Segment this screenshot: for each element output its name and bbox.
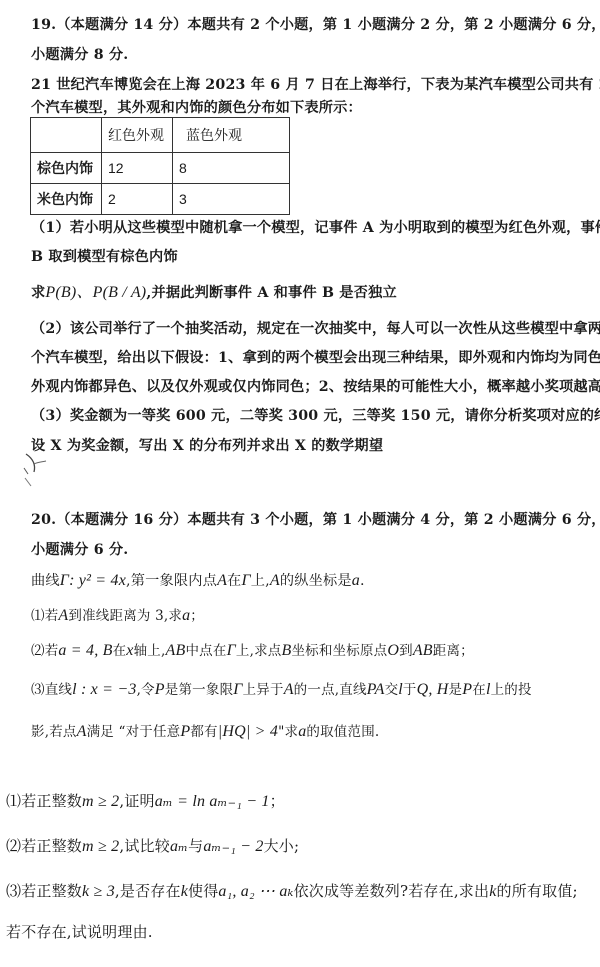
q19-part1-line1: （1）若小明从这些模型中随机拿一个模型，记事件 A 为小明取到的模型为红色外观，… xyxy=(31,219,600,237)
q20-intro: 曲线Γ: y² = 4x,第一象限内点A在Γ上,A的纵坐标是a. xyxy=(31,572,365,590)
table-row-label-beige-interior: 米色内饰 xyxy=(31,184,102,215)
q20-part1: ⑴若A到准线距离为 3,求a； xyxy=(31,607,204,625)
text: 的取值范围. xyxy=(306,724,379,740)
q19-part3-line1: （3）奖金额为一等奖 600 元，二等奖 300 元，三等奖 150 元，请你分… xyxy=(31,407,600,425)
math-expression: A xyxy=(58,607,68,624)
q21-part1: ⑴若正整数m ≥ 2,证明aₘ = ln aₘ₋₁ − 1； xyxy=(6,792,285,811)
text: ,令 xyxy=(137,682,155,698)
q21-part3-line2: 若不存在,试说明理由. xyxy=(6,923,153,941)
q19-header-line2: 小题满分 8 分. xyxy=(31,46,128,64)
q19-part1-line3: 求P(B)、P(B / A),并据此判断事件 A 和事件 B 是否独立 xyxy=(31,284,397,302)
text: 轴上, xyxy=(134,643,166,659)
text: ,试比较 xyxy=(119,837,170,855)
math-expression: m ≥ 2 xyxy=(82,838,119,855)
text: 的纵坐标是 xyxy=(280,573,352,589)
math-expression: A xyxy=(284,681,294,698)
text: 上的投 xyxy=(491,682,532,698)
q19-part3-line2: 设 X 为奖金额，写出 X 的分布列并求出 X 的数学期望 xyxy=(31,437,383,455)
math-expression: aₘ xyxy=(170,838,188,855)
text: 在 xyxy=(227,573,241,589)
math-expression: Γ xyxy=(233,681,242,698)
math-expression: k ≥ 3 xyxy=(82,883,115,900)
q20-header-line1: 20.（本题满分 16 分）本题共有 3 个小题，第 1 小题满分 4 分，第 … xyxy=(31,511,600,529)
text: 距离； xyxy=(433,643,474,659)
text: 在 xyxy=(472,682,486,698)
text: 是第一象限 xyxy=(165,682,234,698)
table-header-blue-exterior: 蓝色外观 xyxy=(173,118,290,153)
text: 的所有取值; xyxy=(497,882,578,900)
q21-part2: ⑵若正整数m ≥ 2,试比较aₘ与aₘ₋₁ − 2大小; xyxy=(6,837,299,856)
math-expression: a = 4, B xyxy=(58,642,112,659)
math-expression: P xyxy=(155,681,165,698)
pen-scribble-mark xyxy=(22,452,52,492)
text: 影,若点 xyxy=(31,724,77,740)
text: ⑴若 xyxy=(31,608,58,624)
text: ⑵若正整数 xyxy=(6,837,82,855)
text: 坐标和坐标原点 xyxy=(291,643,387,659)
text: 上, xyxy=(251,573,270,589)
text: 大小; xyxy=(264,837,300,855)
math-expression: PA xyxy=(367,681,385,698)
q20-part2: ⑵若a = 4, B在x轴上,AB中点在Γ上,求点B坐标和坐标原点O到AB距离； xyxy=(31,642,474,660)
q19-part2-line3: 外观内饰都异色、以及仅外观或仅内饰同色；2、按结果的可能性大小，概率越小奖项越高… xyxy=(31,378,600,396)
q20-part3-line1: ⑶直线l : x = −3,令P是第一象限Γ上异于A的一点,直线PA交l于Q, … xyxy=(31,681,532,699)
q19-part2-line2: 个汽车模型，给出以下假设：1、拿到的两个模型会出现三种结果，即外观和内饰均为同色… xyxy=(31,349,600,367)
math-expression: aₘ = ln aₘ₋₁ − 1 xyxy=(155,793,270,810)
text: ⑶若正整数 xyxy=(6,882,82,900)
table-row: 米色内饰 2 3 xyxy=(31,184,290,215)
text: ,第一象限内点 xyxy=(126,573,217,589)
text: 上异于 xyxy=(243,682,284,698)
text: 都有 xyxy=(190,724,217,740)
math-expression: Γ xyxy=(227,642,236,659)
math-expression: P xyxy=(180,723,190,740)
math-expression: O xyxy=(387,642,399,659)
math-expression: k xyxy=(181,883,188,900)
text: "求 xyxy=(278,724,298,740)
math-expression: a₁, a₂ ⋯ aₖ xyxy=(218,883,293,900)
math-expression: Γ: y² = 4x xyxy=(60,572,126,589)
math-expression: k xyxy=(489,883,496,900)
text: 交 xyxy=(385,682,399,698)
math-expression: m ≥ 2 xyxy=(82,793,119,810)
text: ⑶直线 xyxy=(31,682,72,698)
math-expression: AB xyxy=(413,642,433,659)
math-expression: |HQ| > 4 xyxy=(218,723,278,740)
table-cell: 2 xyxy=(102,184,173,215)
text: 中点在 xyxy=(185,643,226,659)
text: 是 xyxy=(449,682,463,698)
text: ,是否存在 xyxy=(115,882,181,900)
q20-header-line2: 小题满分 6 分. xyxy=(31,541,128,559)
text: ； xyxy=(270,792,285,810)
q19-header-line1: 19.（本题满分 14 分）本题共有 2 个小题，第 1 小题满分 2 分，第 … xyxy=(31,16,600,34)
text: 的一点,直线 xyxy=(294,682,367,698)
text: 于 xyxy=(403,682,417,698)
text: 使得 xyxy=(188,882,218,900)
text: ,并据此判断事件 A 和事件 B 是否独立 xyxy=(146,285,397,301)
q21-part3-line1: ⑶若正整数k ≥ 3,是否存在k使得a₁, a₂ ⋯ aₖ依次成等差数列?若存在… xyxy=(6,882,578,901)
text: 依次成等差数列?若存在,求出 xyxy=(294,882,490,900)
math-expression: Q, H xyxy=(417,681,449,698)
math-expression: x xyxy=(126,642,133,659)
math-expression: a xyxy=(352,572,360,589)
color-distribution-table: 红色外观 蓝色外观 棕色内饰 12 8 米色内饰 2 3 xyxy=(30,117,290,215)
math-expression: A xyxy=(77,723,87,740)
q19-part1-line2: B 取到模型有棕色内饰 xyxy=(31,248,178,266)
text: ,证明 xyxy=(119,792,154,810)
math-expression: A xyxy=(270,572,280,589)
math-expression: P(B)、P(B / A) xyxy=(45,284,146,301)
math-expression: aₘ₋₁ − 2 xyxy=(203,838,263,855)
math-expression: AB xyxy=(166,642,186,659)
q20-part3-line2: 影,若点A满足 “对于任意P都有|HQ| > 4"求a的取值范围. xyxy=(31,723,379,741)
table-header-row: 红色外观 蓝色外观 xyxy=(31,118,290,153)
table-cell: 8 xyxy=(173,153,290,184)
table-cell: 12 xyxy=(102,153,173,184)
text: ； xyxy=(190,608,204,624)
q19-part2-line1: （2）该公司举行了一个抽奖活动，规定在一次抽奖中，每人可以一次性从这些模型中拿两 xyxy=(31,320,600,338)
text: 在 xyxy=(113,643,127,659)
text: 曲线 xyxy=(31,573,60,589)
text: 满足 “对于任意 xyxy=(87,724,181,740)
table-row: 棕色内饰 12 8 xyxy=(31,153,290,184)
table-corner-cell xyxy=(31,118,102,153)
text: 到 xyxy=(399,643,413,659)
math-expression: A xyxy=(217,572,227,589)
text: . xyxy=(360,573,365,589)
text: 到准线距离为 3,求 xyxy=(68,608,182,624)
q19-intro-line2: 个汽车模型，其外观和内饰的颜色分布如下表所示： xyxy=(31,99,362,117)
text: 求 xyxy=(31,285,45,301)
table-cell: 3 xyxy=(173,184,290,215)
text: ⑵若 xyxy=(31,643,58,659)
table-header-red-exterior: 红色外观 xyxy=(102,118,173,153)
q19-intro-line1: 21 世纪汽车博览会在上海 2023 年 6 月 7 日在上海举行，下表为某汽车… xyxy=(31,76,600,94)
table-row-label-brown-interior: 棕色内饰 xyxy=(31,153,102,184)
text: 与 xyxy=(188,837,203,855)
text: ⑴若正整数 xyxy=(6,792,82,810)
math-expression: l : x = −3 xyxy=(72,681,136,698)
math-expression: Γ xyxy=(241,572,250,589)
text: 上,求点 xyxy=(236,643,282,659)
math-expression: B xyxy=(281,642,291,659)
math-expression: P xyxy=(462,681,472,698)
